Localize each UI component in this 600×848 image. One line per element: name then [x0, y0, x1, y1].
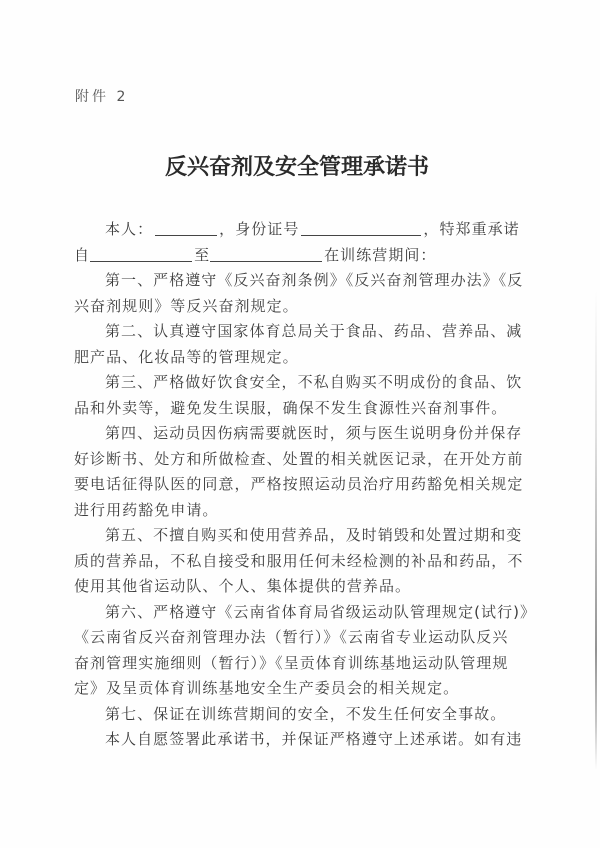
document-title-text: 反兴奋剂及安全管理承诺书 [165, 154, 429, 180]
document-title: 反兴奋剂及安全管理承诺书 [0, 150, 600, 181]
scan-edge-artifact [595, 290, 597, 770]
attachment-label: 附件 2 [75, 86, 128, 106]
clause-5-line-2: 质的营养品，不私自接受和服用任何未经检测的补品和药品，不 [74, 549, 524, 575]
clause-6-line-3: 奋剂管理实施细则（暂行）》《呈贡体育训练基地运动队管理规 [74, 651, 524, 677]
pledge-intro-line-1: 本人：，身份证号，特郑重承诺 [74, 217, 524, 243]
intro-period-suffix: 在训练营期间： [324, 246, 436, 264]
clause-6-line-2: 《云南省反兴奋剂管理办法（暂行）》《云南省专业运动队反兴 [74, 625, 524, 651]
intro-after-name: ，身份证号 [219, 220, 299, 238]
to-date-field[interactable] [210, 246, 322, 262]
clause-6-line-1: 第六、严格遵守《云南省体育局省级运动队管理规定(试行)》 [74, 600, 524, 626]
clause-3-line-2: 品和外卖等，避免发生误服，确保不发生食源性兴奋剂事件。 [74, 396, 524, 422]
clause-2-line-2: 肥产品、化妆品等的管理规定。 [74, 345, 524, 371]
clause-5-line-1: 第五、不擅自购买和使用营养品，及时销毁和处置过期和变 [74, 523, 524, 549]
document-body: 本人：，身份证号，特郑重承诺 自至在训练营期间： 第一、严格遵守《反兴奋剂条例》… [74, 217, 524, 753]
name-field[interactable] [155, 220, 217, 236]
clause-4-line-1: 第四、运动员因伤病需要就医时，须与医生说明身份并保存 [74, 421, 524, 447]
id-number-field[interactable] [301, 220, 421, 236]
document-page: 附件 2 反兴奋剂及安全管理承诺书 本人：，身份证号，特郑重承诺 自至在训练营期… [0, 0, 600, 848]
intro-prefix: 本人： [105, 220, 153, 238]
pledge-intro-line-2: 自至在训练营期间： [74, 243, 524, 269]
clause-7-line-1: 第七、保证在训练营期间的安全，不发生任何安全事故。 [74, 702, 524, 728]
clause-6-line-4: 定》及呈贡体育训练基地安全生产委员会的相关规定。 [74, 676, 524, 702]
clause-4-line-2: 好诊断书、处方和所做检查、处置的相关就医记录，在开处方前 [74, 447, 524, 473]
intro-from-label: 自 [74, 246, 90, 264]
from-date-field[interactable] [90, 246, 192, 262]
closing-line-1: 本人自愿签署此承诺书，并保证严格遵守上述承诺。如有违 [74, 727, 524, 753]
clause-3-line-1: 第三、严格做好饮食安全，不私自购买不明成份的食品、饮 [74, 370, 524, 396]
clause-1-line-1: 第一、严格遵守《反兴奋剂条例》《反兴奋剂管理办法》《反 [74, 268, 524, 294]
intro-to-label: 至 [194, 246, 210, 264]
clause-5-line-3: 使用其他省运动队、个人、集体提供的营养品。 [74, 574, 524, 600]
clause-1-line-2: 兴奋剂规则》等反兴奋剂规定。 [74, 294, 524, 320]
intro-suffix: ，特郑重承诺 [423, 220, 519, 238]
clause-2-line-1: 第二、认真遵守国家体育总局关于食品、药品、营养品、减 [74, 319, 524, 345]
clause-4-line-4: 进行用药豁免申请。 [74, 498, 524, 524]
clause-4-line-3: 要电话征得队医的同意，严格按照运动员治疗用药豁免相关规定 [74, 472, 524, 498]
